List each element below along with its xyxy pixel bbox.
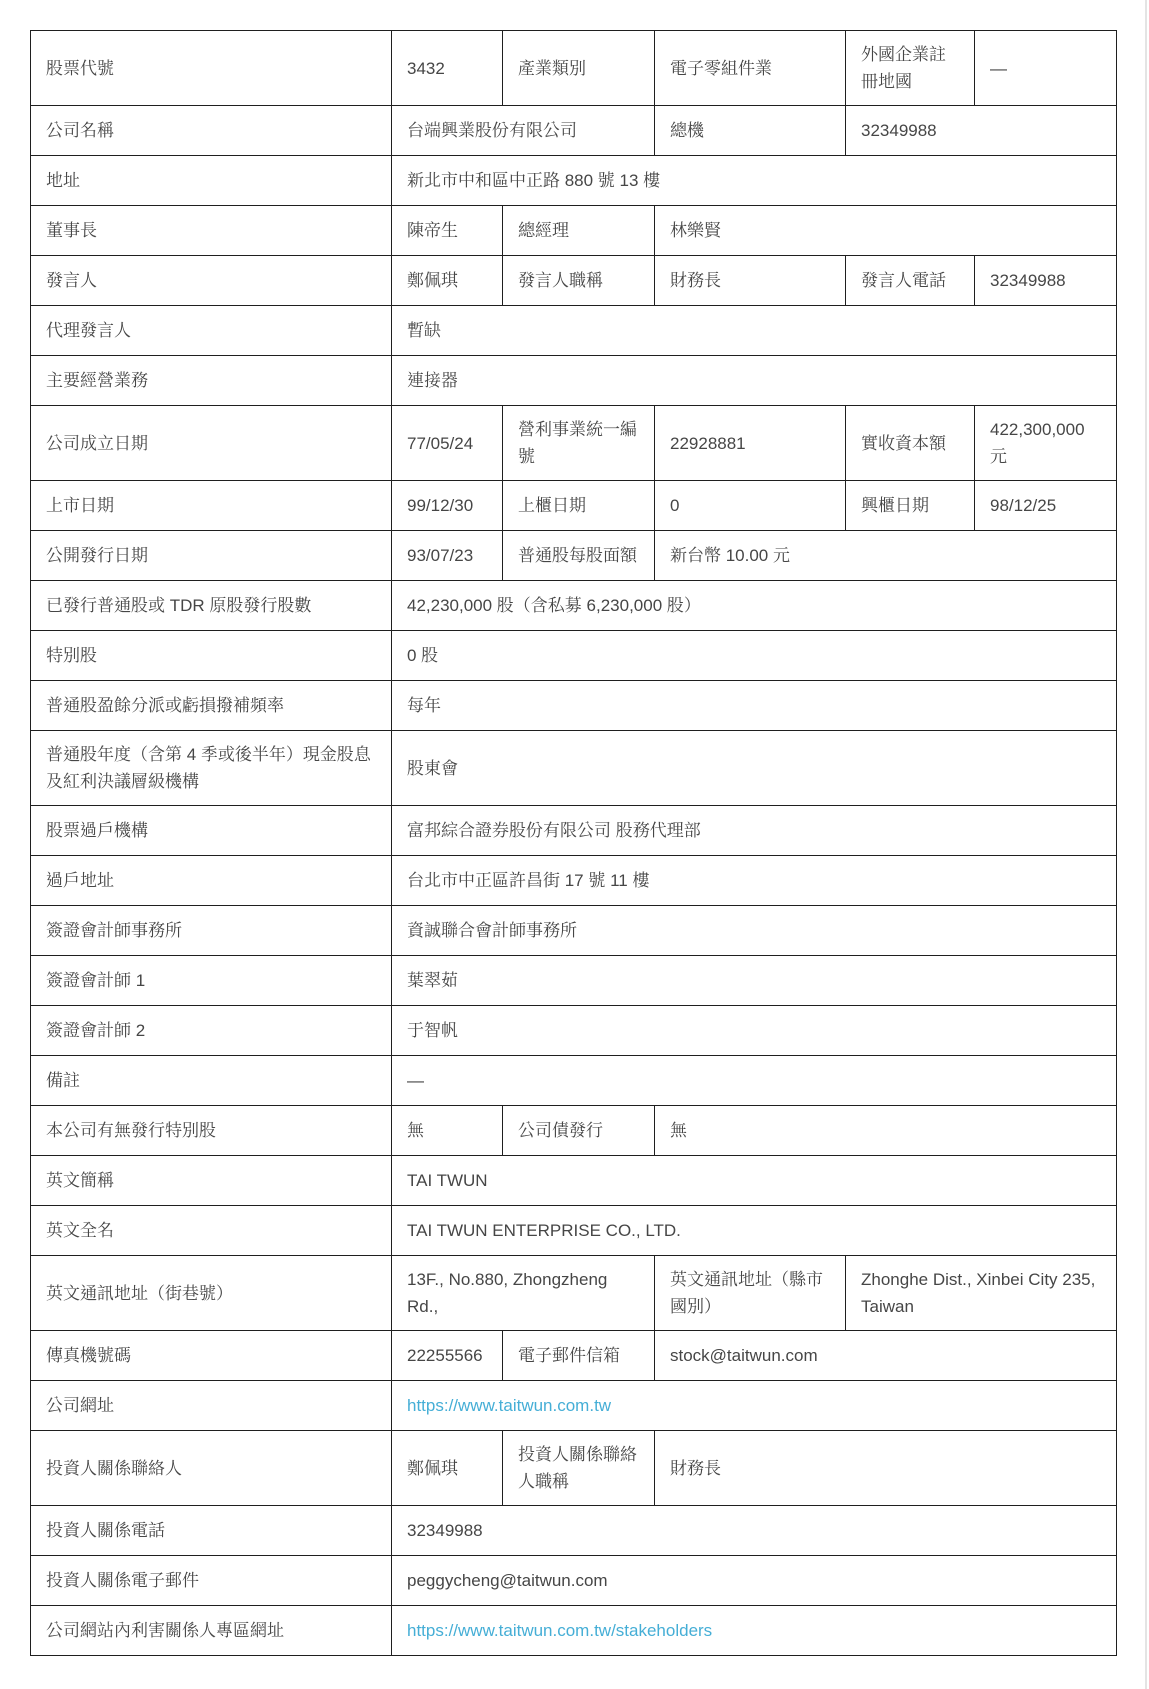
field-value: 93/07/23 bbox=[392, 531, 503, 581]
field-value: 422,300,000 元 bbox=[975, 406, 1117, 481]
field-label: 股票代號 bbox=[31, 31, 392, 106]
field-value: TAI TWUN bbox=[392, 1156, 1117, 1206]
company-website-link[interactable]: https://www.taitwun.com.tw bbox=[407, 1396, 611, 1415]
table-row: 本公司有無發行特別股無公司債發行無 bbox=[31, 1106, 1117, 1156]
table-row: 備註— bbox=[31, 1056, 1117, 1106]
field-label: 主要經營業務 bbox=[31, 356, 392, 406]
field-value: 32349988 bbox=[975, 256, 1117, 306]
field-value: 無 bbox=[392, 1106, 503, 1156]
field-value: 0 bbox=[655, 481, 846, 531]
field-label: 英文通訊地址（縣市國別） bbox=[655, 1256, 846, 1331]
table-row: 簽證會計師事務所資誠聯合會計師事務所 bbox=[31, 906, 1117, 956]
field-label: 英文通訊地址（街巷號） bbox=[31, 1256, 392, 1331]
field-label: 董事長 bbox=[31, 206, 392, 256]
field-label: 投資人關係電子郵件 bbox=[31, 1556, 392, 1606]
field-label: 簽證會計師事務所 bbox=[31, 906, 392, 956]
field-label: 股票過戶機構 bbox=[31, 806, 392, 856]
field-label: 實收資本額 bbox=[846, 406, 975, 481]
table-row: 主要經營業務連接器 bbox=[31, 356, 1117, 406]
table-row: 董事長陳帝生總經理林樂賢 bbox=[31, 206, 1117, 256]
field-label: 普通股年度（含第 4 季或後半年）現金股息及紅利決議層級機構 bbox=[31, 731, 392, 806]
field-label: 備註 bbox=[31, 1056, 392, 1106]
field-label: 發言人電話 bbox=[846, 256, 975, 306]
field-value: 32349988 bbox=[392, 1506, 1117, 1556]
field-label: 發言人 bbox=[31, 256, 392, 306]
field-label: 公司網址 bbox=[31, 1381, 392, 1431]
field-label: 產業類別 bbox=[503, 31, 655, 106]
field-value: TAI TWUN ENTERPRISE CO., LTD. bbox=[392, 1206, 1117, 1256]
field-value: 新台幣 10.00 元 bbox=[655, 531, 1117, 581]
field-label: 公開發行日期 bbox=[31, 531, 392, 581]
table-row: 上市日期99/12/30上櫃日期0興櫃日期98/12/25 bbox=[31, 481, 1117, 531]
table-row: 代理發言人暫缺 bbox=[31, 306, 1117, 356]
table-row: 投資人關係電話32349988 bbox=[31, 1506, 1117, 1556]
scrollbar-track[interactable] bbox=[1145, 0, 1147, 1689]
field-value: Zhonghe Dist., Xinbei City 235, Taiwan bbox=[846, 1256, 1117, 1331]
field-value: 資誠聯合會計師事務所 bbox=[392, 906, 1117, 956]
field-value: 富邦綜合證券股份有限公司 股務代理部 bbox=[392, 806, 1117, 856]
field-label: 地址 bbox=[31, 156, 392, 206]
field-label: 電子郵件信箱 bbox=[503, 1331, 655, 1381]
field-label: 營利事業統一編號 bbox=[503, 406, 655, 481]
field-value: 台端興業股份有限公司 bbox=[392, 106, 655, 156]
field-label: 簽證會計師 2 bbox=[31, 1006, 392, 1056]
table-row: 過戶地址台北市中正區許昌街 17 號 11 樓 bbox=[31, 856, 1117, 906]
field-label: 已發行普通股或 TDR 原股發行股數 bbox=[31, 581, 392, 631]
company-profile-table: 股票代號3432產業類別電子零組件業外國企業註冊地國—公司名稱台端興業股份有限公… bbox=[30, 30, 1117, 1656]
field-label: 本公司有無發行特別股 bbox=[31, 1106, 392, 1156]
table-row: 公司網址https://www.taitwun.com.tw bbox=[31, 1381, 1117, 1431]
field-value: — bbox=[392, 1056, 1117, 1106]
table-row: 公開發行日期93/07/23普通股每股面額新台幣 10.00 元 bbox=[31, 531, 1117, 581]
field-value: 3432 bbox=[392, 31, 503, 106]
table-row: 已發行普通股或 TDR 原股發行股數42,230,000 股（含私募 6,230… bbox=[31, 581, 1117, 631]
table-row: 公司名稱台端興業股份有限公司總機32349988 bbox=[31, 106, 1117, 156]
field-label: 投資人關係聯絡人 bbox=[31, 1431, 392, 1506]
field-label: 簽證會計師 1 bbox=[31, 956, 392, 1006]
field-label: 興櫃日期 bbox=[846, 481, 975, 531]
field-value: 無 bbox=[655, 1106, 1117, 1156]
field-value: 葉翠茹 bbox=[392, 956, 1117, 1006]
field-label: 上櫃日期 bbox=[503, 481, 655, 531]
field-value: 22928881 bbox=[655, 406, 846, 481]
field-value: 陳帝生 bbox=[392, 206, 503, 256]
field-value: peggycheng@taitwun.com bbox=[392, 1556, 1117, 1606]
field-label: 投資人關係聯絡人職稱 bbox=[503, 1431, 655, 1506]
table-row: 英文全名TAI TWUN ENTERPRISE CO., LTD. bbox=[31, 1206, 1117, 1256]
table-row: 傳真機號碼22255566電子郵件信箱stock@taitwun.com bbox=[31, 1331, 1117, 1381]
company-profile-body: 股票代號3432產業類別電子零組件業外國企業註冊地國—公司名稱台端興業股份有限公… bbox=[31, 31, 1117, 1656]
field-value: 0 股 bbox=[392, 631, 1117, 681]
table-row: 特別股0 股 bbox=[31, 631, 1117, 681]
field-label: 英文全名 bbox=[31, 1206, 392, 1256]
field-value: 77/05/24 bbox=[392, 406, 503, 481]
field-label: 公司名稱 bbox=[31, 106, 392, 156]
field-value: 林樂賢 bbox=[655, 206, 1117, 256]
field-label: 傳真機號碼 bbox=[31, 1331, 392, 1381]
field-value: 暫缺 bbox=[392, 306, 1117, 356]
field-label: 投資人關係電話 bbox=[31, 1506, 392, 1556]
page: { "colors": { "text": "#464646", "border… bbox=[0, 0, 1149, 1689]
table-row: 投資人關係電子郵件peggycheng@taitwun.com bbox=[31, 1556, 1117, 1606]
field-label: 外國企業註冊地國 bbox=[846, 31, 975, 106]
table-row: 股票代號3432產業類別電子零組件業外國企業註冊地國— bbox=[31, 31, 1117, 106]
field-value: 每年 bbox=[392, 681, 1117, 731]
table-row: 股票過戶機構富邦綜合證券股份有限公司 股務代理部 bbox=[31, 806, 1117, 856]
field-value: — bbox=[975, 31, 1117, 106]
field-value: 于智帆 bbox=[392, 1006, 1117, 1056]
field-value: 台北市中正區許昌街 17 號 11 樓 bbox=[392, 856, 1117, 906]
field-label: 總機 bbox=[655, 106, 846, 156]
field-value: 連接器 bbox=[392, 356, 1117, 406]
table-row: 英文通訊地址（街巷號）13F., No.880, Zhongzheng Rd.,… bbox=[31, 1256, 1117, 1331]
field-label: 上市日期 bbox=[31, 481, 392, 531]
table-row: 公司網站內利害關係人專區網址https://www.taitwun.com.tw… bbox=[31, 1606, 1117, 1656]
stakeholders-link[interactable]: https://www.taitwun.com.tw/stakeholders bbox=[407, 1621, 712, 1640]
field-label: 特別股 bbox=[31, 631, 392, 681]
table-row: 公司成立日期77/05/24營利事業統一編號22928881實收資本額422,3… bbox=[31, 406, 1117, 481]
field-value: 財務長 bbox=[655, 1431, 1117, 1506]
field-label: 公司網站內利害關係人專區網址 bbox=[31, 1606, 392, 1656]
field-value: 99/12/30 bbox=[392, 481, 503, 531]
field-label: 過戶地址 bbox=[31, 856, 392, 906]
field-label: 普通股盈餘分派或虧損撥補頻率 bbox=[31, 681, 392, 731]
field-value: 鄭佩琪 bbox=[392, 256, 503, 306]
table-row: 簽證會計師 1葉翠茹 bbox=[31, 956, 1117, 1006]
field-value: 股東會 bbox=[392, 731, 1117, 806]
field-label: 公司成立日期 bbox=[31, 406, 392, 481]
field-value: 電子零組件業 bbox=[655, 31, 846, 106]
field-value: 32349988 bbox=[846, 106, 1117, 156]
field-value: 新北市中和區中正路 880 號 13 樓 bbox=[392, 156, 1117, 206]
field-value: 22255566 bbox=[392, 1331, 503, 1381]
table-row: 地址新北市中和區中正路 880 號 13 樓 bbox=[31, 156, 1117, 206]
field-value: 財務長 bbox=[655, 256, 846, 306]
field-label: 普通股每股面額 bbox=[503, 531, 655, 581]
field-label: 總經理 bbox=[503, 206, 655, 256]
field-value: 13F., No.880, Zhongzheng Rd., bbox=[392, 1256, 655, 1331]
field-label: 代理發言人 bbox=[31, 306, 392, 356]
table-row: 投資人關係聯絡人鄭佩琪投資人關係聯絡人職稱財務長 bbox=[31, 1431, 1117, 1506]
field-link-cell: https://www.taitwun.com.tw/stakeholders bbox=[392, 1606, 1117, 1656]
field-value: 98/12/25 bbox=[975, 481, 1117, 531]
field-link-cell: https://www.taitwun.com.tw bbox=[392, 1381, 1117, 1431]
field-label: 英文簡稱 bbox=[31, 1156, 392, 1206]
field-label: 發言人職稱 bbox=[503, 256, 655, 306]
table-row: 普通股年度（含第 4 季或後半年）現金股息及紅利決議層級機構股東會 bbox=[31, 731, 1117, 806]
field-value: 鄭佩琪 bbox=[392, 1431, 503, 1506]
table-row: 發言人鄭佩琪發言人職稱財務長發言人電話32349988 bbox=[31, 256, 1117, 306]
field-value: stock@taitwun.com bbox=[655, 1331, 1117, 1381]
field-value: 42,230,000 股（含私募 6,230,000 股） bbox=[392, 581, 1117, 631]
table-row: 英文簡稱TAI TWUN bbox=[31, 1156, 1117, 1206]
table-row: 簽證會計師 2于智帆 bbox=[31, 1006, 1117, 1056]
field-label: 公司債發行 bbox=[503, 1106, 655, 1156]
table-row: 普通股盈餘分派或虧損撥補頻率每年 bbox=[31, 681, 1117, 731]
